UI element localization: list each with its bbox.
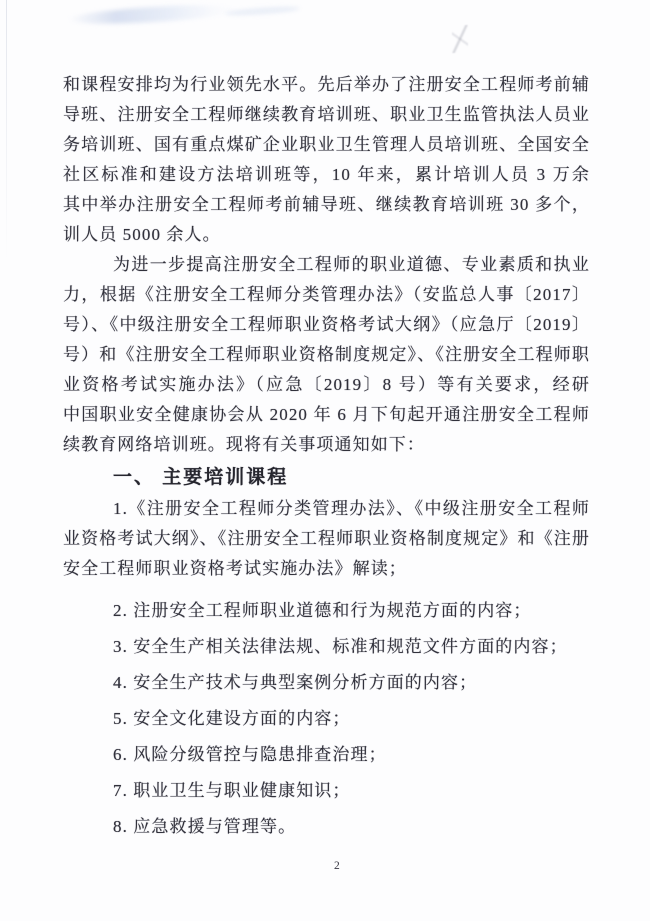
text-line: 安全工程师职业资格考试实施办法》解读； [63,554,590,584]
document-page: 和课程安排均为行业领先水平。先后举办了注册安全工程师考前辅 导班、注册安全工程师… [0,0,650,921]
page-number: 2 [334,860,340,872]
list-item: 5. 安全文化建设方面的内容； [63,704,590,734]
text-line: 社区标准和建设方法培训班等，10 年来，累计培训人员 3 万余人。 [63,160,590,190]
text-line: 力，根据《注册安全工程师分类管理办法》（安监总人事〔2017〕118 [63,280,590,310]
scan-edge-line [6,0,7,260]
scan-mark [452,25,468,53]
text-line: 1.《注册安全工程师分类管理办法》、《中级注册安全工程师职 [63,494,590,524]
text-line: 其中举办注册安全工程师考前辅导班、继续教育培训班 30 多个，培 [63,190,590,220]
text-line: 续教育网络培训班。现将有关事项通知如下： [63,430,590,460]
scan-smudge [68,2,239,27]
text-line: 为进一步提高注册安全工程师的职业道德、专业素质和执业能 [63,250,590,280]
text-line: 业资格考试大纲》、《注册安全工程师职业资格制度规定》和《注册 [63,524,590,554]
list-item: 7. 职业卫生与职业健康知识； [63,776,590,806]
text-line: 号）、《中级注册安全工程师职业资格考试大纲》（应急厅〔2019〕43 [63,310,590,340]
text-line: 导班、注册安全工程师继续教育培训班、职业卫生监管执法人员业 [63,100,590,130]
text-line: 和课程安排均为行业领先水平。先后举办了注册安全工程师考前辅 [63,70,590,100]
text-line: 训人员 5000 余人。 [63,220,590,250]
list-item: 4. 安全生产技术与典型案例分析方面的内容； [63,668,590,698]
text-line: 业资格考试实施办法》（应急〔2019〕8 号）等有关要求，经研究， [63,370,590,400]
list-item: 3. 安全生产相关法律法规、标准和规范文件方面的内容； [63,632,590,662]
text-line: 中国职业安全健康协会从 2020 年 6 月下旬起开通注册安全工程师继 [63,400,590,430]
list-item: 8. 应急救援与管理等。 [63,812,590,842]
text-line: 务培训班、国有重点煤矿企业职业卫生管理人员培训班、全国安全 [63,130,590,160]
section-heading: 一、 主要培训课程 [63,462,590,494]
list-item: 2. 注册安全工程师职业道德和行为规范方面的内容； [63,596,590,626]
document-content: 和课程安排均为行业领先水平。先后举办了注册安全工程师考前辅 导班、注册安全工程师… [63,70,590,842]
text-line: 号）和《注册安全工程师职业资格制度规定》、《注册安全工程师职 [63,340,590,370]
list-item: 6. 风险分级管控与隐患排查治理； [63,740,590,770]
